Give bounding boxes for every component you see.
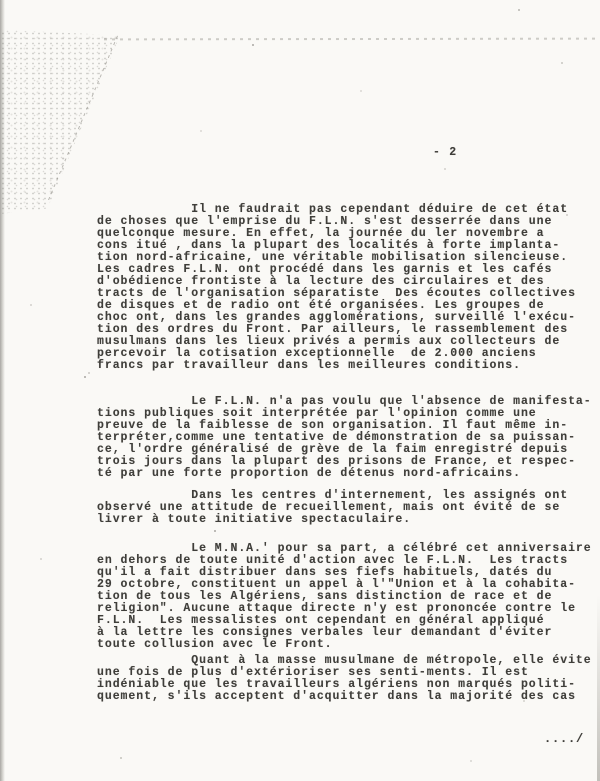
paragraph: Le F.L.N. n'a pas voulu que l'absence de… bbox=[97, 396, 592, 480]
paragraph: Quant à la masse musulmane de métropole,… bbox=[97, 655, 592, 703]
continuation-mark: ..../ bbox=[544, 732, 584, 746]
scanned-document-page: - 2 Il ne faudrait pas cependant déduire… bbox=[0, 0, 600, 781]
scan-specks bbox=[0, 0, 2, 2]
scan-corner-fold-artifact bbox=[0, 26, 132, 214]
scan-crease-line bbox=[104, 38, 596, 41]
page-number: - 2 bbox=[433, 146, 457, 159]
paragraph: Le M.N.A.' pour sa part, a célébré cet a… bbox=[97, 543, 592, 651]
paragraph: Il ne faudrait pas cependant déduire de … bbox=[97, 204, 576, 372]
paragraph: Dans les centres d'internement, les assi… bbox=[97, 490, 568, 526]
